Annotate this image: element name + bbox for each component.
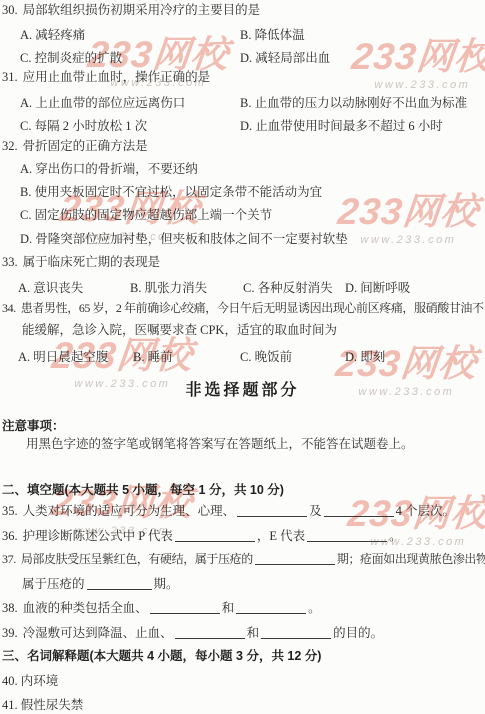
question-41: 41. 假性尿失禁 — [2, 698, 83, 713]
option-34-a: A. 明日晨起空腹 — [18, 347, 108, 365]
question-37-part-4: 期。 — [154, 577, 179, 591]
answer-blank — [261, 626, 331, 639]
answer-blank — [175, 626, 245, 639]
answer-blank — [236, 601, 306, 614]
answer-blank — [87, 577, 152, 590]
question-number: 36. — [2, 529, 18, 543]
question-37-line-1: 37.局部皮肤受压呈紫红色，有硬结，属于压疮的期；疮面如出现黄脓色渗出物， — [2, 552, 485, 567]
question-stem-text: 属于临床死亡期的表现是 — [23, 255, 161, 269]
question-number: 34. — [2, 301, 16, 315]
watermark-233: 233网校 www.233.com — [338, 193, 479, 246]
option-31-b: B. 止血带的压力以动脉刚好不出血为标准 — [240, 93, 467, 111]
option-31-a: A. 上止血带的部位应远离伤口 — [20, 93, 185, 111]
option-34-b: B. 睡前 — [133, 347, 173, 365]
question-number: 38. — [2, 601, 18, 615]
term-section-heading: 三、名词解释题(本大题共 4 小题，每小题 3 分，共 12 分) — [2, 649, 321, 664]
question-31-options-row-1: A. 上止血带的部位应远离伤口 B. 止血带的压力以动脉刚好不出血为标准 — [0, 93, 485, 108]
question-35-part-2: 及 — [309, 504, 322, 518]
question-38-part-1: 血液的种类包括全血、 — [23, 601, 148, 615]
answer-blank — [255, 552, 335, 565]
watermark-url-text: www.233.com — [374, 79, 470, 91]
question-stem-text: 骨折固定的正确方法是 — [23, 139, 148, 153]
question-number: 39. — [2, 626, 18, 640]
question-30-options-row-1: A. 减轻疼痛 B. 降低体温 — [0, 25, 485, 40]
question-35-part-3: 4 个层次。 — [396, 504, 455, 518]
option-33-d: D. 间断呼吸 — [345, 278, 410, 296]
question-34-stem-line-2: 能缓解，急诊入院，医嘱要求查 CPK，适宜的取血时间为 — [22, 323, 337, 338]
answer-blank — [175, 529, 255, 542]
option-30-b: B. 降低体温 — [240, 25, 305, 43]
exam-paper: 233网校 233网校 www.233.com 233网校 www.233.co… — [0, 0, 485, 714]
question-30-options-row-2: C. 控制炎症的扩散 D. 减轻局部出血 — [0, 48, 485, 63]
question-number: 37. — [2, 552, 16, 566]
question-39-part-3: 的目的。 — [333, 626, 383, 640]
question-number: 32. — [2, 139, 18, 153]
question-36-part-2: ，E 代表 — [257, 529, 305, 543]
option-30-c: C. 控制炎症的扩散 — [20, 48, 122, 66]
option-33-b: B. 肌张力消失 — [130, 278, 207, 296]
answer-blank — [307, 529, 387, 542]
question-40: 40. 内环境 — [2, 674, 58, 689]
option-30-a: A. 减轻疼痛 — [20, 25, 85, 43]
question-stem-text: 局部软组织损伤初期采用冷疗的主要目的是 — [23, 3, 261, 17]
question-31-stem: 31.应用止血带止血时，操作正确的是 — [2, 70, 210, 85]
option-34-c: C. 晚饭前 — [240, 347, 292, 365]
question-33-stem: 33.属于临床死亡期的表现是 — [2, 255, 160, 270]
fill-in-section-heading: 二、填空题(本大题共 5 小题，每空 1 分，共 10 分) — [2, 483, 284, 498]
option-30-d: D. 减轻局部出血 — [240, 48, 330, 66]
question-38-part-3: 。 — [308, 601, 321, 615]
answer-blank — [237, 504, 307, 517]
question-number: 30. — [2, 3, 18, 17]
option-34-d: D. 即刻 — [345, 347, 385, 365]
question-38-part-2: 和 — [222, 601, 235, 615]
question-39-part-2: 和 — [247, 626, 260, 640]
option-33-c: C. 各种反射消失 — [243, 278, 333, 296]
question-39-part-1: 冷湿敷可达到降温、止血、 — [23, 626, 173, 640]
question-34-stem-line-1: 34.患者男性，65 岁，2 年前确诊心绞痛，今日午后无明显诱因出现心前区疼痛，… — [2, 301, 484, 316]
question-32-stem: 32.骨折固定的正确方法是 — [2, 139, 148, 154]
question-stem-text: 患者男性，65 岁，2 年前确诊心绞痛，今日午后无明显诱因出现心前区疼痛，服硝酸… — [21, 301, 484, 315]
watermark-233: 233网校 www.233.com — [352, 38, 485, 91]
question-38: 38.血液的种类包括全血、和。 — [2, 601, 321, 616]
question-37-line-2: 属于压疮的期。 — [22, 577, 179, 592]
question-34-options-row: A. 明日晨起空腹 B. 睡前 C. 晚饭前 D. 即刻 — [0, 347, 485, 362]
watermark-brand-text: 233网校 — [336, 193, 481, 232]
question-35-part-1: 人类对环境的适应可分为生理、心理、 — [23, 504, 236, 518]
question-number: 35. — [2, 504, 18, 518]
notice-body: 用黑色字迹的签字笔或钢笔将答案写在答题纸上，不能答在试题卷上。 — [26, 437, 414, 452]
question-33-options-row: A. 意识丧失 B. 肌张力消失 C. 各种反射消失 D. 间断呼吸 — [0, 278, 485, 293]
question-39: 39.冷湿敷可达到降温、止血、和的目的。 — [2, 626, 383, 641]
option-33-a: A. 意识丧失 — [18, 278, 83, 296]
question-37-part-3: 属于压疮的 — [22, 577, 85, 591]
question-37-part-2: 期；疮面如出现黄脓色渗出物， — [337, 552, 485, 566]
question-30-stem: 30.局部软组织损伤初期采用冷疗的主要目的是 — [2, 3, 260, 18]
section-title-non-choice: 非选择题部分 — [0, 383, 485, 398]
notice-heading: 注意事项： — [2, 419, 65, 434]
question-36-part-1: 护理诊断陈述公式中 P 代表 — [23, 529, 173, 543]
option-32-b: B. 使用夹板固定时不宜过松，以固定条带不能活动为宜 — [20, 185, 322, 200]
watermark-url-text: www.233.com — [360, 234, 456, 246]
option-32-c: C. 固定伤肢的固定物应超越伤部上端一个关节 — [20, 208, 272, 223]
question-36: 36.护理诊断陈述公式中 P 代表，E 代表。 — [2, 529, 402, 544]
question-stem-text: 应用止血带止血时，操作正确的是 — [23, 70, 211, 84]
option-32-d: D. 骨隆突部位应加衬垫，但夹板和肢体之间不一定要衬软垫 — [20, 232, 348, 247]
question-37-part-1: 局部皮肤受压呈紫红色，有硬结，属于压疮的 — [21, 552, 253, 566]
question-31-options-row-2: C. 每隔 2 小时放松 1 次 D. 止血带使用时间最多不超过 6 小时 — [0, 116, 485, 131]
question-number: 33. — [2, 255, 18, 269]
question-number: 31. — [2, 70, 18, 84]
answer-blank — [150, 601, 220, 614]
question-35: 35.人类对环境的适应可分为生理、心理、及4 个层次。 — [2, 504, 455, 519]
option-31-c: C. 每隔 2 小时放松 1 次 — [20, 116, 147, 134]
question-36-part-3: 。 — [389, 529, 402, 543]
answer-blank — [324, 504, 394, 517]
option-32-a: A. 穿出伤口的骨折端，不要还纳 — [20, 162, 198, 177]
option-31-d: D. 止血带使用时间最多不超过 6 小时 — [240, 116, 443, 134]
